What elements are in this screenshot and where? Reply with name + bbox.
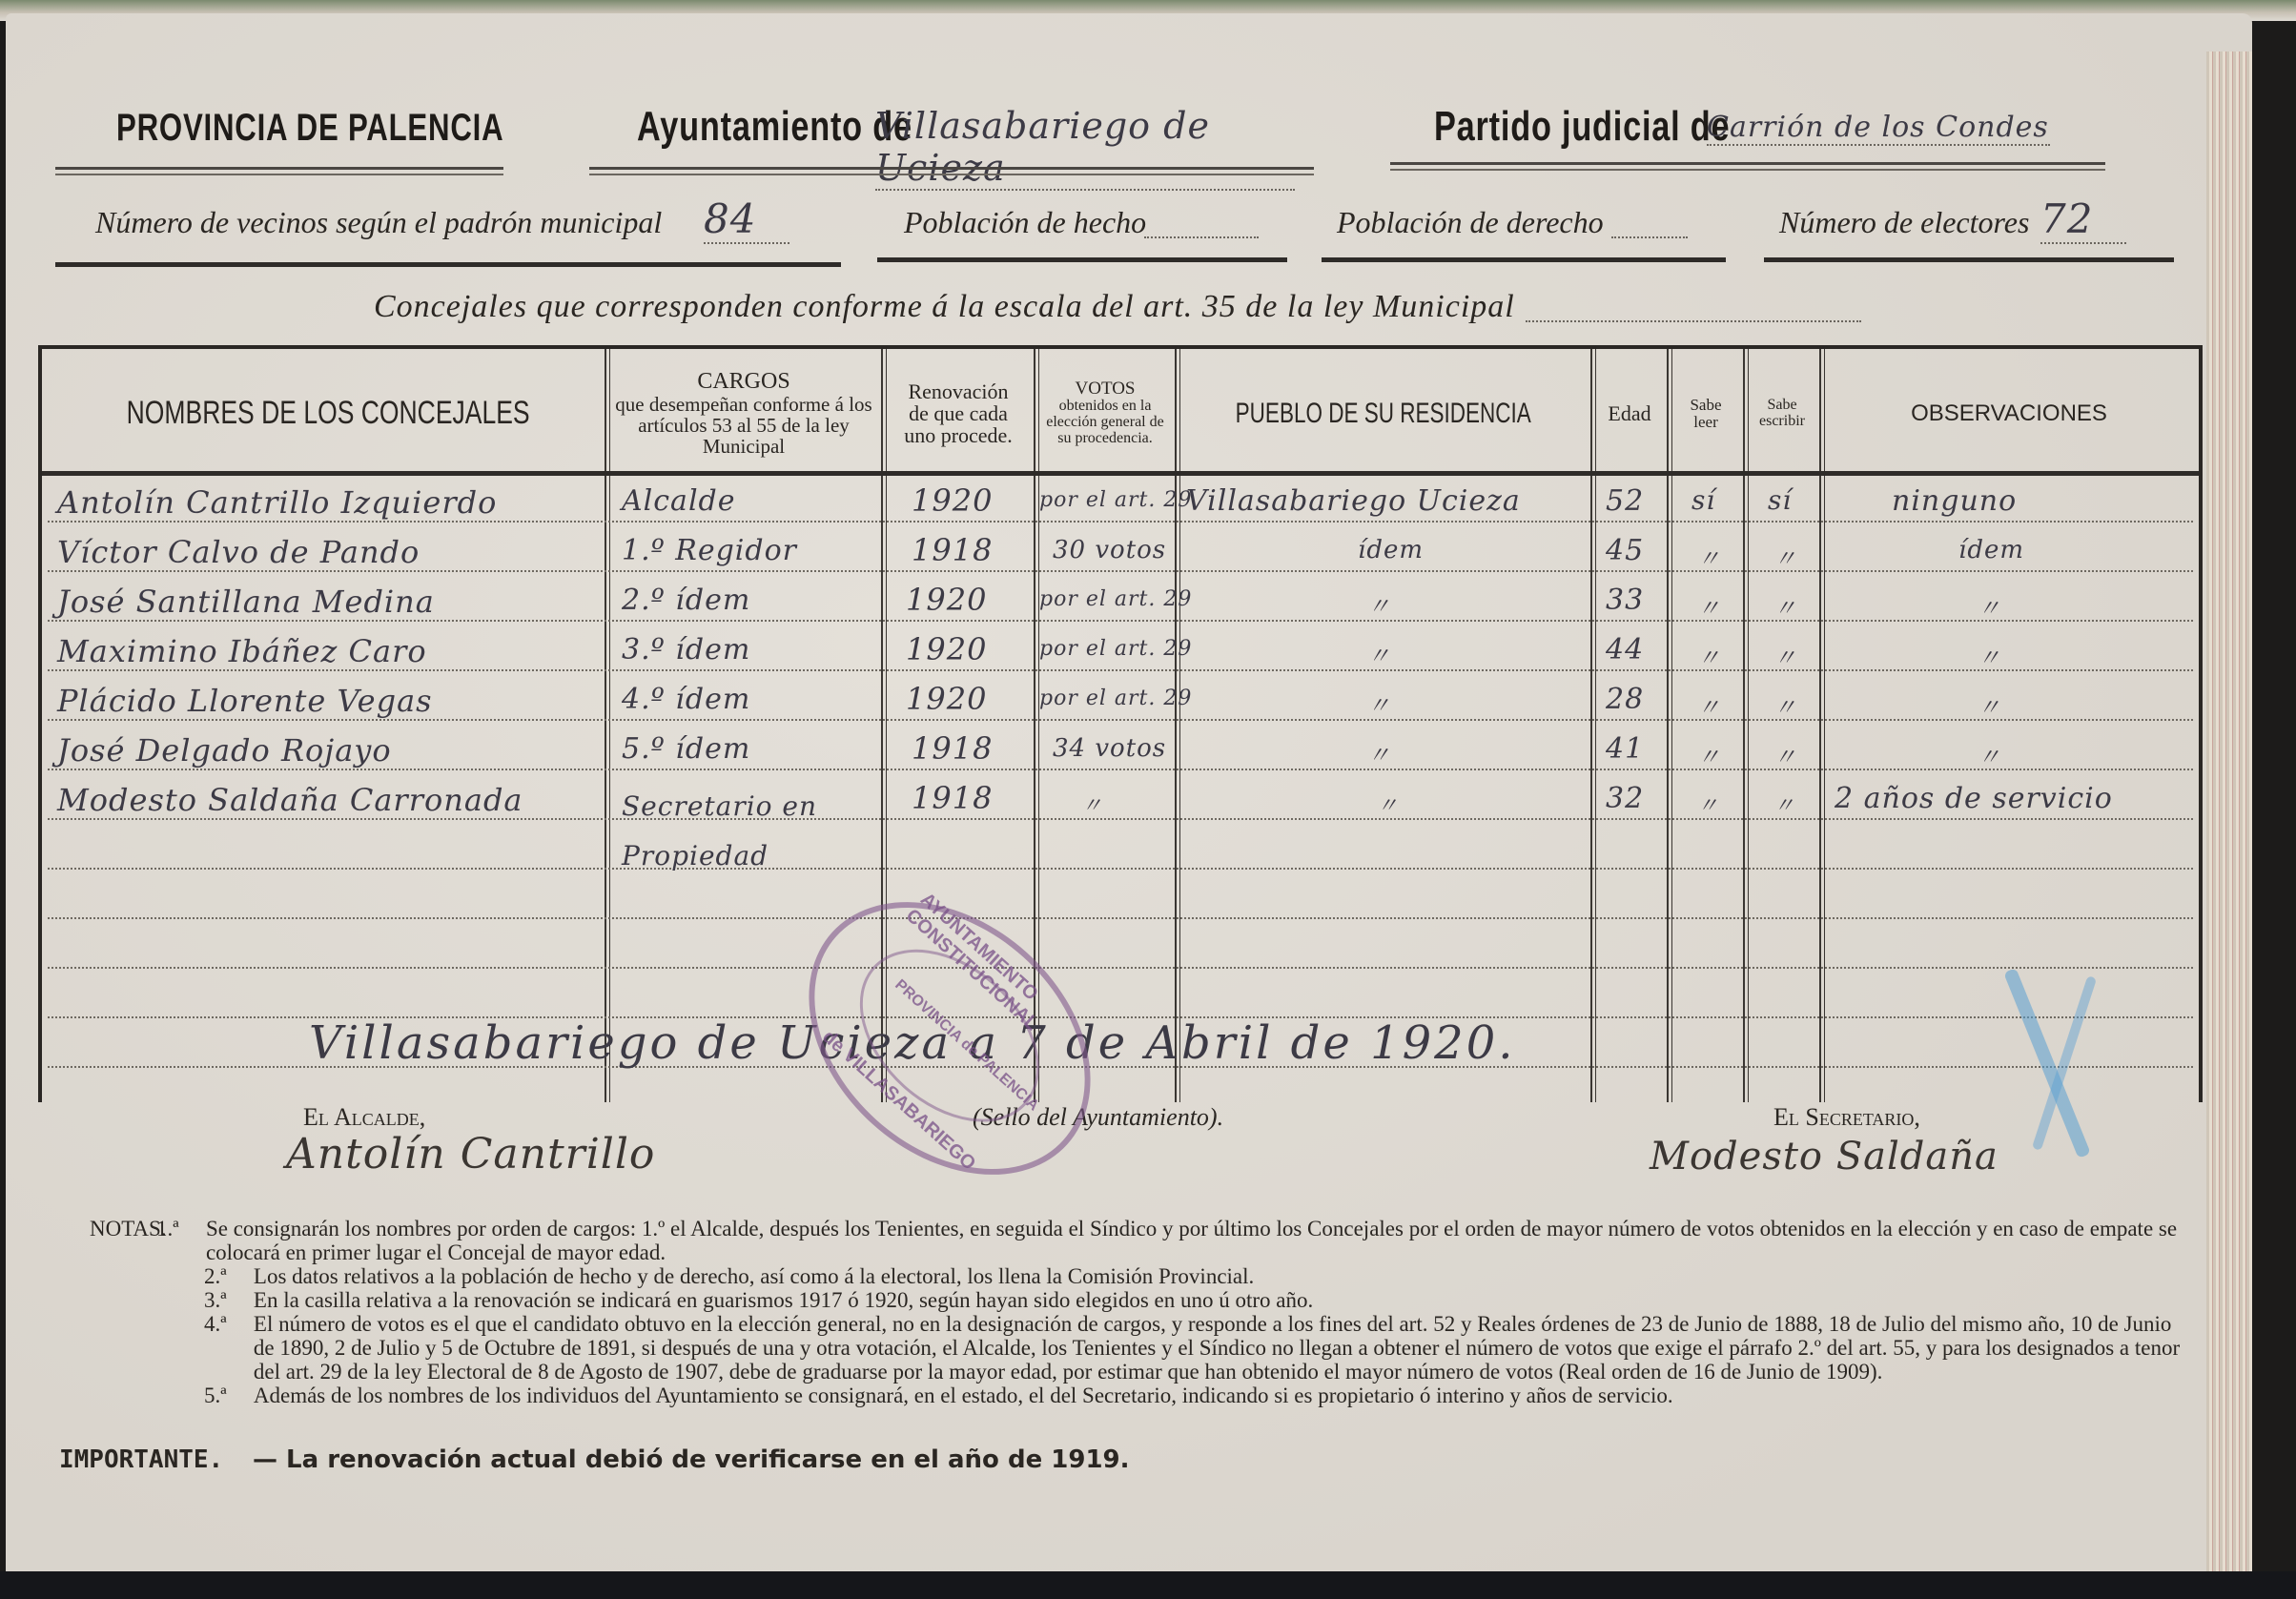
electores-value: 72 — [2040, 195, 2126, 244]
header-rule — [55, 167, 503, 175]
concejales-title: Concejales que corresponden conforme á l… — [374, 289, 1515, 325]
column-header-votos: VOTOS obtenidos en la elección general d… — [1037, 359, 1173, 468]
column-divider — [1667, 349, 1669, 1102]
nota-4: 4.ª El número de votos es el que el cand… — [90, 1312, 2187, 1384]
row-line — [48, 868, 2193, 870]
alcalde-signature: Antolín Cantrillo — [286, 1130, 655, 1179]
row-line — [48, 620, 2193, 622]
importante-label: IMPORTANTE. — [59, 1445, 223, 1474]
row-line — [48, 917, 2193, 919]
poblacion-derecho-value — [1611, 227, 1688, 238]
page-stack-edge — [2206, 51, 2252, 1587]
ayuntamiento-label: Ayuntamiento de — [637, 103, 912, 151]
concejales-table: NOMBRES DE LOS CONCEJALES CARGOS que des… — [38, 345, 2203, 1102]
row-line — [48, 769, 2193, 770]
header-rule — [42, 471, 2199, 476]
notas-label: NOTAS. — [90, 1217, 156, 1264]
electores-label: Número de electores — [1779, 205, 2029, 240]
poblacion-hecho-label: Población de hecho — [904, 205, 1146, 240]
header-rule — [589, 167, 1314, 175]
poblacion-derecho-label: Población de derecho — [1337, 205, 1604, 240]
stats-rule — [1322, 257, 1726, 262]
row-line — [48, 521, 2193, 523]
column-header-renovacion: Renovación de que cada uno procede. — [885, 359, 1032, 468]
ayuntamiento-value: Villasabariego de Ucieza — [875, 105, 1295, 191]
row-line — [48, 669, 2193, 671]
partido-label: Partido judicial de — [1434, 103, 1730, 151]
importante-text: — La renovación actual debió de verifica… — [253, 1445, 1130, 1474]
column-divider — [1819, 349, 1821, 1102]
header-rule — [1390, 162, 2105, 171]
column-header-edad: Edad — [1594, 359, 1665, 468]
column-divider — [605, 349, 606, 1102]
column-header-sabe-leer: Sabe leer — [1671, 359, 1741, 468]
column-header-observaciones: OBSERVACIONES — [1823, 359, 2195, 468]
column-divider — [1175, 349, 1177, 1102]
concejales-title-dots — [1526, 315, 1861, 322]
nota-1: NOTAS. 1.ª Se consignarán los nombres po… — [90, 1217, 2187, 1264]
row-line — [48, 818, 2193, 820]
nota-3: 3.ª En la casilla relativa a la renovaci… — [90, 1288, 2187, 1312]
poblacion-hecho-value — [1144, 227, 1259, 238]
nota-2: 2.ª Los datos relativos a la población d… — [90, 1264, 2187, 1288]
secretario-label: El Secretario, — [1773, 1103, 1920, 1132]
vecinos-label: Número de vecinos según el padrón munici… — [95, 205, 662, 240]
column-header-sabe-escribir: Sabe escribir — [1747, 359, 1817, 468]
partido-value: Carrión de los Condes — [1707, 111, 2050, 146]
stats-rule — [55, 262, 841, 267]
row-line — [48, 570, 2193, 572]
column-divider — [1743, 349, 1745, 1102]
stats-rule — [1764, 257, 2174, 262]
book-bottom-cover — [0, 1571, 2296, 1599]
secretario-signature: Modesto Saldaña — [1650, 1135, 1999, 1179]
column-header-nombres: NOMBRES DE LOS CONCEJALES — [51, 359, 605, 468]
stats-rule — [877, 257, 1287, 262]
column-header-pueblo: PUEBLO DE SU RESIDENCIA — [1179, 359, 1589, 468]
row-line — [48, 719, 2193, 721]
alcalde-label: El Alcalde, — [303, 1103, 425, 1132]
notas-section: NOTAS. 1.ª Se consignarán los nombres po… — [90, 1217, 2187, 1407]
column-header-cargos: CARGOS que desempeñan conforme á los art… — [608, 359, 879, 468]
provincia-heading: PROVINCIA DE PALENCIA — [116, 107, 503, 150]
vecinos-value: 84 — [704, 195, 789, 244]
column-divider — [1590, 349, 1592, 1102]
nota-5: 5.ª Además de los nombres de los individ… — [90, 1384, 2187, 1407]
row-line — [48, 967, 2193, 969]
